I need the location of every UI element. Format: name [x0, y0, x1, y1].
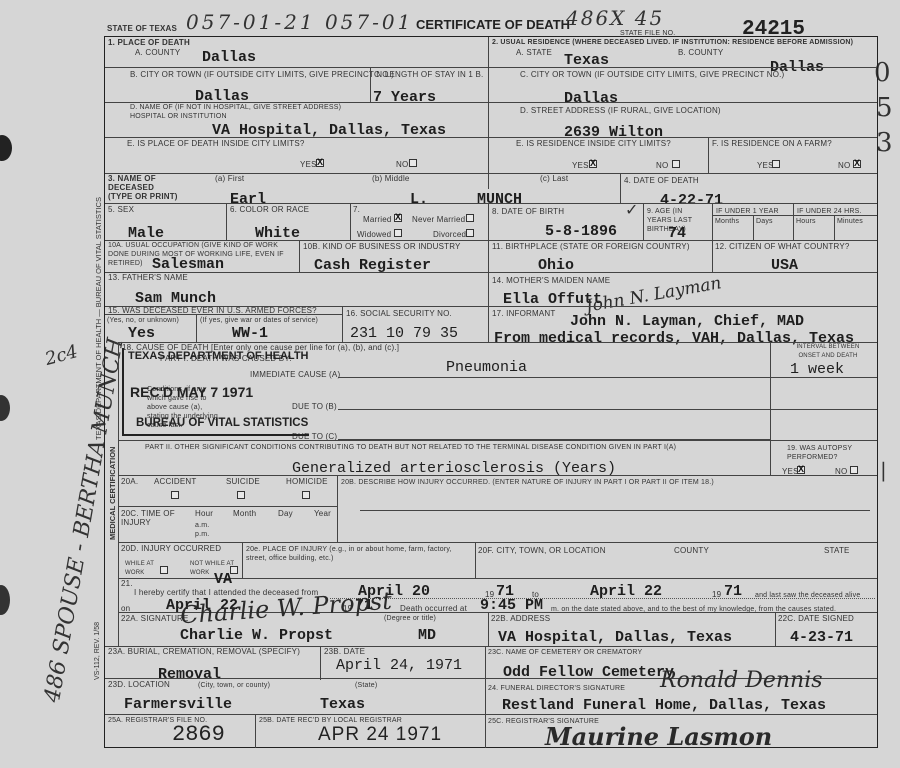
divider	[485, 646, 486, 748]
injury-county-label: COUNTY	[674, 546, 709, 555]
death-limits-no-label: NO	[396, 160, 408, 169]
date-of-death-label: 4. DATE OF DEATH	[624, 176, 699, 185]
farm-no-checkbox[interactable]	[853, 160, 861, 168]
divider	[255, 714, 256, 748]
cemetery-label: 23c. NAME OF CEMETERY OR CREMATORY	[488, 648, 642, 657]
residence-city: Dallas	[564, 91, 618, 107]
handwritten-side-note: 2c4	[43, 341, 80, 370]
degree-label: (Degree or title)	[384, 614, 436, 623]
autopsy-no-checkbox[interactable]	[850, 466, 858, 474]
homicide-label: HOMICIDE	[286, 477, 328, 486]
farm-no-label: NO	[838, 161, 850, 170]
divider	[770, 409, 877, 410]
handwritten-right-1: 5	[876, 93, 893, 123]
armed-sub1-label: (Yes, no, or unknown)	[107, 316, 179, 325]
divider	[105, 137, 877, 138]
divider	[226, 203, 227, 240]
months-label: Months	[715, 217, 739, 226]
suicide-checkbox[interactable]	[237, 491, 245, 499]
divider	[105, 203, 877, 204]
divider	[712, 240, 713, 272]
residence-limits-yes-checkbox[interactable]	[589, 160, 597, 168]
handwritten-file-no: 486X 45	[566, 6, 664, 30]
days-label: Days	[756, 217, 773, 226]
punch-hole	[0, 135, 12, 161]
divider	[118, 542, 877, 543]
divider	[834, 215, 835, 240]
armed-sub2-label: (If yes, give war or dates of service)	[200, 316, 318, 325]
divider	[338, 409, 770, 410]
divider	[118, 342, 119, 646]
divider	[320, 646, 321, 680]
divider	[488, 203, 489, 240]
death-limits-no-checkbox[interactable]	[409, 159, 417, 167]
disposition-date: April 24, 1971	[336, 658, 462, 674]
form-number: VS-112, REV. 1/58	[94, 622, 101, 680]
divider	[337, 475, 338, 542]
medical-certification-label: MEDICAL CERTIFICATION	[108, 447, 117, 540]
injury-state-label: STATE	[824, 546, 850, 555]
location-label: 23d. LOCATION	[108, 680, 170, 689]
part2-label: PART II. OTHER SIGNIFICANT CONDITIONS CO…	[145, 443, 676, 452]
while-at-work-label: WHILE AT WORK	[125, 560, 165, 578]
handwritten-right-2: 3	[876, 128, 893, 158]
informant-label: 17. INFORMANT	[492, 309, 556, 318]
divider	[770, 377, 877, 378]
time-of-injury-label: 20c. TIME OF INJURY	[121, 509, 181, 527]
divider	[620, 173, 621, 203]
disposition-method-label: 23a. BURIAL, CREMATION, REMOVAL (Specify…	[108, 647, 300, 656]
check-mark-icon: ✓	[625, 200, 638, 219]
first-name-label: (a) First	[215, 174, 244, 183]
divider	[708, 137, 709, 173]
armed-forces: Yes	[128, 326, 155, 342]
punch-hole	[0, 585, 10, 615]
autopsy-yes-checkbox[interactable]	[797, 466, 805, 474]
citizen-label: 12. CITIZEN OF WHAT COUNTRY?	[715, 242, 850, 251]
never-married-checkbox[interactable]	[466, 214, 474, 222]
immediate-cause: Pneumonia	[446, 360, 527, 376]
divider	[712, 203, 713, 240]
minutes-label: Minutes	[837, 217, 863, 226]
stamp-line1: TEXAS DEPARTMENT OF HEALTH	[128, 350, 308, 362]
divider	[475, 542, 476, 578]
disposition-date-label: 23b. DATE	[324, 647, 365, 656]
suicide-label: SUICIDE	[226, 477, 260, 486]
divider	[118, 440, 877, 441]
divider	[105, 67, 877, 68]
month-label: Month	[233, 509, 256, 518]
year-label: Year	[314, 509, 331, 518]
handwritten-code: 057-01-21 057-01	[186, 10, 413, 34]
divider	[350, 203, 351, 240]
physician-degree: MD	[418, 628, 436, 644]
residence-state-label: a. STATE	[516, 48, 552, 57]
war-service: WW-1	[232, 326, 268, 342]
father-label: 13. FATHER'S NAME	[108, 273, 188, 282]
while-at-work-checkbox[interactable]	[160, 566, 168, 574]
divider	[770, 440, 771, 475]
location-state-sub: (State)	[355, 681, 377, 690]
registrar-file-number: 2869	[172, 722, 225, 747]
divider	[488, 306, 489, 342]
widowed-label: Widowed	[357, 230, 391, 239]
divider	[338, 377, 770, 378]
divider	[488, 240, 489, 272]
death-limits-yes-label: YES	[300, 160, 317, 169]
dob-label: 8. DATE OF BIRTH	[492, 207, 564, 216]
farm-yes-checkbox[interactable]	[772, 160, 780, 168]
divider	[196, 314, 197, 342]
punch-hole	[0, 395, 10, 421]
divider	[770, 342, 771, 440]
residence-limits-no-checkbox[interactable]	[672, 160, 680, 168]
length-of-stay: 7 Years	[373, 90, 436, 106]
date-received: APR 24 1971	[318, 724, 442, 746]
residence-limits-yes-label: YES	[572, 161, 589, 170]
interval: 1 week	[790, 362, 844, 378]
residence-county-label: b. COUNTY	[678, 48, 723, 57]
street-label: d. STREET ADDRESS (If rural, give locati…	[520, 106, 721, 115]
hours-label: Hours	[796, 217, 816, 226]
stay-label: c. LENGTH OF STAY in 1 b.	[374, 70, 484, 79]
physician-address: VA Hospital, Dallas, Texas	[498, 630, 732, 646]
divider	[330, 598, 875, 599]
divider	[299, 240, 300, 272]
describe-injury-label: 20b. DESCRIBE HOW INJURY OCCURRED. (Ente…	[341, 478, 714, 487]
death-inside-limits-label: e. IS PLACE OF DEATH INSIDE CITY LIMITS?	[127, 139, 305, 148]
certificate-title: CERTIFICATE OF DEATH	[416, 17, 570, 32]
last-name: MUNCH	[477, 192, 522, 208]
married-label: Married	[363, 215, 392, 224]
occupation: Salesman	[152, 257, 224, 273]
day-label: Day	[278, 509, 293, 518]
accident-label: ACCIDENT	[154, 477, 197, 486]
interval-label: INTERVAL BETWEEN ONSET AND DEATH	[793, 343, 863, 361]
place-of-injury-label: 20e. PLACE OF INJURY (e.g., in or about …	[246, 545, 471, 563]
informant-line1: John N. Layman, Chief, MAD	[570, 314, 804, 330]
stamp-line3: BUREAU OF VITAL STATISTICS	[136, 417, 308, 429]
birthplace-label: 11. BIRTHPLACE (State or foreign country…	[492, 242, 690, 251]
divider	[488, 272, 489, 306]
divider	[242, 542, 243, 578]
ssn-label: 16. SOCIAL SECURITY NO.	[346, 309, 452, 318]
registrar-signature: Maurine Lasmon	[545, 722, 772, 751]
injury-occurred-label: 20d. INJURY OCCURRED	[121, 544, 221, 553]
divider	[488, 612, 489, 646]
sex-label: 5. SEX	[108, 205, 134, 214]
race-label: 6. COLOR OR RACE	[230, 205, 309, 214]
state-of-texas-label: STATE OF TEXAS	[107, 24, 177, 33]
divider	[342, 306, 343, 342]
injury-type-label: 20a.	[121, 477, 138, 486]
autopsy-label: 19. WAS AUTOPSY PERFORMED?	[787, 444, 877, 462]
death-certificate: STATE OF TEXAS 057-01-21 057-01 CERTIFIC…	[0, 0, 900, 768]
place-of-death-label: 1. PLACE OF DEATH	[108, 38, 190, 47]
divorced-checkbox[interactable]	[466, 229, 474, 237]
handwritten-mark: |	[880, 458, 887, 482]
name-label: 3. NAME OF DECEASED (Type or print)	[108, 174, 178, 201]
cert-number-label: 21.	[121, 579, 133, 588]
divorced-label: Divorced	[433, 230, 466, 239]
received-stamp: TEXAS DEPARTMENT OF HEALTH REC'D MAY 7 1…	[122, 348, 309, 436]
divider	[753, 215, 754, 240]
homicide-checkbox[interactable]	[302, 491, 310, 499]
location-city-sub: (City, town, or county)	[198, 681, 270, 690]
middle-name-label: (b) Middle	[372, 174, 410, 183]
signature-label: 22a. SIGNATURE	[121, 614, 189, 623]
injury-city-label: 20f. CITY, TOWN, OR LOCATION	[478, 546, 606, 555]
divider	[118, 506, 337, 507]
city-label: b. CITY OR TOWN (If outside city limits,…	[130, 70, 394, 79]
residence-city-label: c. CITY OR TOWN (If outside city limits,…	[520, 70, 784, 79]
divider	[105, 272, 877, 273]
social-security-number: 231 10 79 35	[350, 326, 458, 342]
date-signed-label: 22c. DATE SIGNED	[778, 614, 854, 623]
address-label: 22b. ADDRESS	[491, 614, 550, 623]
divider	[712, 215, 877, 216]
divider	[643, 203, 644, 240]
location-state: Texas	[320, 697, 365, 713]
physician-name: Charlie W. Propst	[180, 628, 333, 644]
divider	[488, 37, 489, 189]
funeral-home: Restland Funeral Home, Dallas, Texas	[502, 698, 826, 714]
residence-limits-no-label: NO	[656, 161, 668, 170]
residence-inside-limits-label: e. IS RESIDENCE INSIDE CITY LIMITS?	[516, 139, 671, 148]
handwritten-va: VA	[214, 572, 232, 588]
stamp-line2: REC'D MAY 7 1971	[130, 384, 253, 400]
farm-label: f. IS RESIDENCE ON A FARM?	[712, 139, 832, 148]
mother-label: 14. MOTHER'S MAIDEN NAME	[492, 276, 610, 285]
married-checkbox[interactable]	[394, 214, 402, 222]
divider	[105, 714, 877, 715]
funeral-director-signature: Ronald Dennis	[660, 668, 823, 693]
funeral-director-label: 24. FUNERAL DIRECTOR'S SIGNATURE	[488, 684, 625, 693]
divider	[118, 475, 877, 476]
hour-label: Hour	[195, 509, 213, 518]
divider	[775, 612, 776, 646]
father-name: Sam Munch	[135, 291, 216, 307]
never-married-label: Never Married	[412, 215, 465, 224]
middle-name: L.	[410, 192, 428, 208]
business-label: 10b. KIND OF BUSINESS OR INDUSTRY	[303, 242, 461, 251]
marital-label: 7.	[353, 205, 360, 214]
ampm-label: a.m. p.m.	[195, 521, 215, 539]
date-of-birth: 5-8-1896	[545, 224, 617, 240]
residence-label: 2. USUAL RESIDENCE (Where deceased lived…	[492, 38, 853, 47]
death-county: Dallas	[202, 50, 256, 66]
death-limits-yes-checkbox[interactable]	[316, 159, 324, 167]
divider	[105, 314, 342, 315]
county-label: a. COUNTY	[135, 48, 180, 57]
accident-checkbox[interactable]	[171, 491, 179, 499]
last-name-label: (c) Last	[540, 174, 568, 183]
widowed-checkbox[interactable]	[394, 229, 402, 237]
divider	[370, 67, 371, 102]
hospital-label: d. NAME OF (If not in hospital, give str…	[130, 103, 345, 121]
divider	[360, 510, 870, 511]
date-signed: 4-23-71	[790, 630, 853, 646]
divider	[793, 203, 794, 240]
location-city: Farmersville	[124, 697, 232, 713]
